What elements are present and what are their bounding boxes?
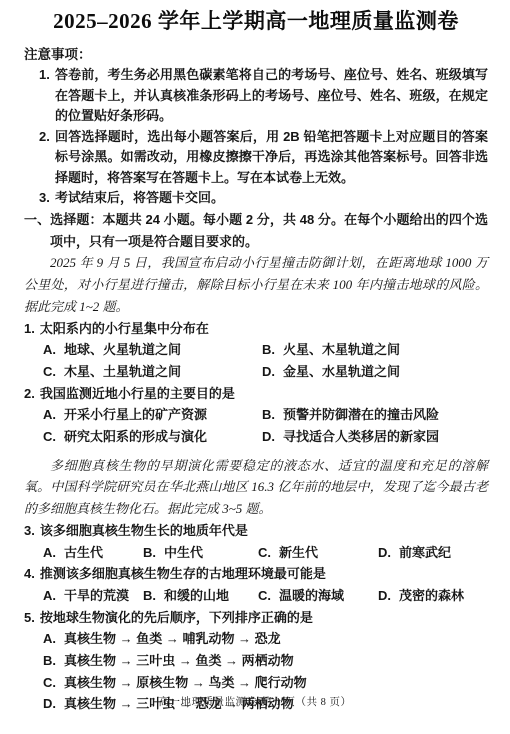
- question-number: 3.: [24, 520, 35, 542]
- option-a: A.地球、火星轨道之间: [43, 339, 262, 361]
- option-label: B.: [262, 339, 275, 361]
- question-2-options: A.开采小行星上的矿产资源 B.预警并防御潜在的撞击风险 C.研究太阳系的形成与…: [24, 404, 488, 447]
- notices-heading: 注意事项：: [24, 44, 488, 65]
- option-label: C.: [258, 542, 271, 564]
- option-label: D.: [262, 426, 275, 448]
- option-text: 干旱的荒漠: [64, 588, 129, 603]
- option-b: B.中生代: [143, 542, 258, 564]
- question-4: 4.推测该多细胞真核生物生存的古地理环境最可能是 A.干旱的荒漠 B.和缓的山地…: [24, 563, 488, 606]
- option-text: 地球、火星轨道之间: [64, 342, 181, 357]
- option-text: 和缓的山地: [164, 588, 229, 603]
- option-a: A.干旱的荒漠: [43, 585, 143, 607]
- option-c: C.新生代: [258, 542, 378, 564]
- question-3-options: A.古生代 B.中生代 C.新生代 D.前寒武纪: [24, 542, 488, 564]
- notice-text: 考试结束后，将答题卡交回。: [55, 190, 224, 205]
- option-d: D.前寒武纪: [378, 542, 488, 564]
- option-text: 真核生物 → 原核生物 → 鸟类 → 爬行动物: [64, 675, 307, 690]
- question-stem: 2.我国监测近地小行星的主要目的是: [24, 383, 488, 405]
- question-stem: 1.太阳系内的小行星集中分布在: [24, 318, 488, 340]
- option-text: 研究太阳系的形成与演化: [64, 429, 207, 444]
- option-label: A.: [43, 585, 56, 607]
- notice-item-3: 3.考试结束后，将答题卡交回。: [24, 188, 488, 209]
- option-a: A.古生代: [43, 542, 143, 564]
- notice-number: 2.: [39, 127, 50, 148]
- option-text: 古生代: [64, 545, 103, 560]
- option-b: B.预警并防御潜在的撞击风险: [262, 404, 488, 426]
- option-text: 木星、土星轨道之间: [64, 364, 181, 379]
- question-text: 太阳系内的小行星集中分布在: [40, 321, 209, 336]
- option-c: C.研究太阳系的形成与演化: [43, 426, 262, 448]
- question-text: 按地球生物演化的先后顺序，下列排序正确的是: [40, 610, 313, 625]
- notices-section: 注意事项： 1.答卷前，考生务必用黑色碳素笔将自己的考场号、座位号、姓名、班级填…: [24, 44, 488, 209]
- question-text: 该多细胞真核生物生长的地质年代是: [40, 523, 248, 538]
- option-text: 开采小行星上的矿产资源: [64, 407, 207, 422]
- option-b: B.和缓的山地: [143, 585, 258, 607]
- option-d: D.寻找适合人类移居的新家园: [262, 426, 488, 448]
- question-1-options: A.地球、火星轨道之间 B.火星、木星轨道之间 C.木星、土星轨道之间 D.金星…: [24, 339, 488, 382]
- question-stem: 4.推测该多细胞真核生物生存的古地理环境最可能是: [24, 563, 488, 585]
- question-number: 5.: [24, 607, 35, 629]
- question-2: 2.我国监测近地小行星的主要目的是 A.开采小行星上的矿产资源 B.预警并防御潜…: [24, 383, 488, 448]
- notice-text: 答卷前，考生务必用黑色碳素笔将自己的考场号、座位号、姓名、班级填写在答题卡上，并…: [55, 67, 488, 123]
- option-label: D.: [262, 361, 275, 383]
- question-text: 推测该多细胞真核生物生存的古地理环境最可能是: [40, 566, 326, 581]
- passage-1: 2025 年 9 月 5 日，我国宣布启动小行星撞击防御计划，在距离地球 100…: [24, 252, 488, 317]
- question-1: 1.太阳系内的小行星集中分布在 A.地球、火星轨道之间 B.火星、木星轨道之间 …: [24, 318, 488, 383]
- option-text: 中生代: [164, 545, 203, 560]
- option-text: 预警并防御潜在的撞击风险: [283, 407, 439, 422]
- passage-2: 多细胞真核生物的早期演化需要稳定的液态水、适宜的温度和充足的溶解氧。中国科学院研…: [24, 455, 488, 520]
- option-label: C.: [43, 361, 56, 383]
- question-stem: 3.该多细胞真核生物生长的地质年代是: [24, 520, 488, 542]
- exam-title: 2025–2026 学年上学期高一地理质量监测卷: [24, 6, 488, 36]
- option-c: C.真核生物 → 原核生物 → 鸟类 → 爬行动物: [43, 672, 488, 694]
- notice-text: 回答选择题时，选出每小题答案后，用 2B 铅笔把答题卡上对应题目的答案标号涂黑。…: [55, 129, 488, 185]
- question-3: 3.该多细胞真核生物生长的地质年代是 A.古生代 B.中生代 C.新生代 D.前…: [24, 520, 488, 563]
- option-a: A.开采小行星上的矿产资源: [43, 404, 262, 426]
- option-d: D.茂密的森林: [378, 585, 488, 607]
- option-label: A.: [43, 628, 56, 650]
- notice-item-1: 1.答卷前，考生务必用黑色碳素笔将自己的考场号、座位号、姓名、班级填写在答题卡上…: [24, 65, 488, 127]
- option-label: A.: [43, 404, 56, 426]
- option-text: 寻找适合人类移居的新家园: [283, 429, 439, 444]
- option-text: 前寒武纪: [399, 545, 451, 560]
- option-label: D.: [378, 542, 391, 564]
- option-b: B.真核生物 → 三叶虫 → 鱼类 → 两栖动物: [43, 650, 488, 672]
- option-b: B.火星、木星轨道之间: [262, 339, 488, 361]
- option-c: C.温暖的海域: [258, 585, 378, 607]
- option-label: B.: [43, 650, 56, 672]
- option-label: C.: [43, 426, 56, 448]
- option-label: D.: [378, 585, 391, 607]
- question-4-options: A.干旱的荒漠 B.和缓的山地 C.温暖的海域 D.茂密的森林: [24, 585, 488, 607]
- option-text: 真核生物 → 鱼类 → 哺乳动物 → 恐龙: [64, 631, 281, 646]
- notice-item-2: 2.回答选择题时，选出每小题答案后，用 2B 铅笔把答题卡上对应题目的答案标号涂…: [24, 127, 488, 189]
- question-stem: 5.按地球生物演化的先后顺序，下列排序正确的是: [24, 607, 488, 629]
- option-a: A.真核生物 → 鱼类 → 哺乳动物 → 恐龙: [43, 628, 488, 650]
- option-d: D.金星、水星轨道之间: [262, 361, 488, 383]
- option-label: C.: [258, 585, 271, 607]
- question-text: 我国监测近地小行星的主要目的是: [40, 386, 235, 401]
- question-number: 4.: [24, 563, 35, 585]
- option-label: A.: [43, 542, 56, 564]
- option-text: 茂密的森林: [399, 588, 464, 603]
- option-label: A.: [43, 339, 56, 361]
- option-text: 金星、水星轨道之间: [283, 364, 400, 379]
- option-label: B.: [143, 585, 156, 607]
- option-c: C.木星、土星轨道之间: [43, 361, 262, 383]
- question-number: 2.: [24, 383, 35, 405]
- section-heading: 一、选择题：本题共 24 小题。每小题 2 分，共 48 分。在每个小题给出的四…: [24, 209, 488, 252]
- notice-number: 3.: [39, 188, 50, 209]
- notice-number: 1.: [39, 65, 50, 86]
- option-text: 新生代: [279, 545, 318, 560]
- page-footer: 高一地理质量监测卷·第 1 页（共 8 页）: [0, 694, 510, 709]
- option-label: B.: [262, 404, 275, 426]
- question-number: 1.: [24, 318, 35, 340]
- option-text: 火星、木星轨道之间: [283, 342, 400, 357]
- option-text: 真核生物 → 三叶虫 → 鱼类 → 两栖动物: [64, 653, 294, 668]
- option-text: 温暖的海域: [279, 588, 344, 603]
- option-label: B.: [143, 542, 156, 564]
- option-label: C.: [43, 672, 56, 694]
- exam-page: 2025–2026 学年上学期高一地理质量监测卷 注意事项： 1.答卷前，考生务…: [0, 0, 510, 734]
